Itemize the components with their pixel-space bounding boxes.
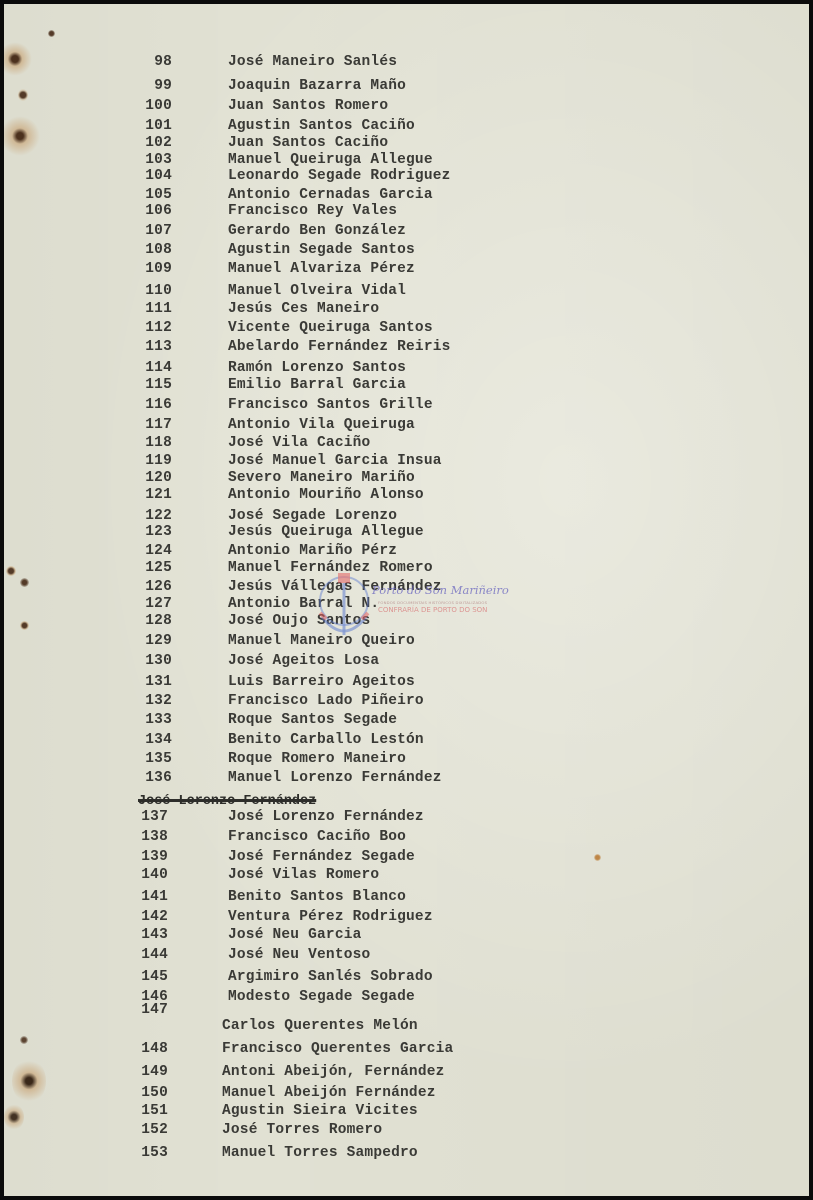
watermark-subtitle: FONDOS DOCUMENTAIS HISTÓRICOS DIXITALIZA… bbox=[378, 600, 487, 605]
entry-number: 111 bbox=[132, 300, 172, 318]
entry-name: José Neu Ventoso bbox=[228, 946, 370, 964]
entry-number: 98 bbox=[132, 53, 172, 71]
entry-name: Manuel Fernández Romero bbox=[228, 559, 433, 577]
rust-stain bbox=[20, 621, 29, 630]
entry-number: 115 bbox=[132, 376, 172, 394]
entry-name: Carlos Querentes Melón bbox=[222, 1017, 418, 1035]
entry-name: Benito Carballo Lestón bbox=[228, 731, 424, 749]
entry-number: 109 bbox=[132, 260, 172, 278]
entry-name: Ramón Lorenzo Santos bbox=[228, 359, 406, 377]
entry-number: 106 bbox=[132, 202, 172, 220]
entry-name: Joaquin Bazarra Maño bbox=[228, 77, 406, 95]
entry-name: Agustin Sieira Vicites bbox=[222, 1102, 418, 1120]
entry-number: 150 bbox=[128, 1084, 168, 1102]
entry-number: 125 bbox=[132, 559, 172, 577]
rust-stain bbox=[12, 1058, 46, 1104]
entry-name: Antonio Mouriño Alonso bbox=[228, 486, 424, 504]
entry-number: 131 bbox=[132, 673, 172, 691]
entry-number: 120 bbox=[132, 469, 172, 487]
entry-name: Francisco Querentes Garcia bbox=[222, 1040, 453, 1058]
entry-number: 153 bbox=[128, 1144, 168, 1162]
entry-number: 129 bbox=[132, 632, 172, 650]
entry-number: 124 bbox=[132, 542, 172, 560]
entry-number: 138 bbox=[128, 828, 168, 846]
entry-number: 99 bbox=[132, 77, 172, 95]
rust-stain bbox=[48, 30, 55, 37]
entry-number: 130 bbox=[132, 652, 172, 670]
entry-name: Manuel Abeijón Fernández bbox=[222, 1084, 436, 1102]
entry-name: Gerardo Ben González bbox=[228, 222, 406, 240]
entry-number: 108 bbox=[132, 241, 172, 259]
entry-number: 112 bbox=[132, 319, 172, 337]
rust-stain bbox=[18, 89, 28, 101]
entry-name: Francisco Rey Vales bbox=[228, 202, 397, 220]
entry-name: José Vilas Romero bbox=[228, 866, 379, 884]
entry-name: Emilio Barral Garcia bbox=[228, 376, 406, 394]
entry-name: José Neu Garcia bbox=[228, 926, 362, 944]
entry-name: Severo Maneiro Mariño bbox=[228, 469, 415, 487]
entry-number: 107 bbox=[132, 222, 172, 240]
document-page: 98José Maneiro Sanlés99Joaquin Bazarra M… bbox=[4, 4, 809, 1196]
entry-number: 139 bbox=[128, 848, 168, 866]
entry-number: 134 bbox=[132, 731, 172, 749]
entry-name: Leonardo Segade Rodriguez bbox=[228, 167, 451, 185]
entry-name: Antonio Vila Queiruga bbox=[228, 416, 415, 434]
entry-number: 143 bbox=[128, 926, 168, 944]
entry-name: José Manuel Garcia Insua bbox=[228, 452, 442, 470]
entry-name: Manuel Lorenzo Fernández bbox=[228, 769, 442, 787]
entry-name: Benito Santos Blanco bbox=[228, 888, 406, 906]
entry-number: 149 bbox=[128, 1063, 168, 1081]
rust-stain bbox=[4, 42, 32, 76]
entry-name: Luis Barreiro Ageitos bbox=[228, 673, 415, 691]
entry-name: Juan Santos Caciño bbox=[228, 134, 388, 152]
entry-name: Ventura Pérez Rodriguez bbox=[228, 908, 433, 926]
entry-name: Manuel Olveira Vidal bbox=[228, 282, 406, 300]
entry-number: 104 bbox=[132, 167, 172, 185]
entry-name: Agustin Segade Santos bbox=[228, 241, 415, 259]
entry-number: 118 bbox=[132, 434, 172, 452]
entry-number: 101 bbox=[132, 117, 172, 135]
entry-name: Manuel Torres Sampedro bbox=[222, 1144, 418, 1162]
entry-name: Jesús Vállegas Fernández bbox=[228, 578, 442, 596]
entry-name: José Vila Caciño bbox=[228, 434, 370, 452]
entry-name: José Oujo Santos bbox=[228, 612, 370, 630]
entry-number: 142 bbox=[128, 908, 168, 926]
entry-number: 123 bbox=[132, 523, 172, 541]
entry-number: 117 bbox=[132, 416, 172, 434]
entry-name: Vicente Queiruga Santos bbox=[228, 319, 433, 337]
entry-number: 151 bbox=[128, 1102, 168, 1120]
entry-number: 147 bbox=[128, 1001, 168, 1019]
entry-number: 128 bbox=[132, 612, 172, 630]
entry-name: Manuel Alvariza Pérez bbox=[228, 260, 415, 278]
entry-number: 141 bbox=[128, 888, 168, 906]
watermark-organization: CONFRARÍA DE PORTO DO SON bbox=[378, 606, 487, 614]
entry-name: Juan Santos Romero bbox=[228, 97, 388, 115]
entry-number: 126 bbox=[132, 578, 172, 596]
rust-stain bbox=[4, 116, 40, 156]
entry-name: Agustin Santos Caciño bbox=[228, 117, 415, 135]
entry-name: Abelardo Fernández Reiris bbox=[228, 338, 451, 356]
entry-name: José Fernández Segade bbox=[228, 848, 415, 866]
struck-out-line: José-Lorenzo-Fernández bbox=[138, 793, 316, 811]
entry-number: 133 bbox=[132, 711, 172, 729]
entry-number: 110 bbox=[132, 282, 172, 300]
entry-name: Jesús Ces Maneiro bbox=[228, 300, 379, 318]
entry-name: Francisco Caciño Boo bbox=[228, 828, 406, 846]
entry-name: Manuel Maneiro Queiro bbox=[228, 632, 415, 650]
entry-number: 140 bbox=[128, 866, 168, 884]
entry-number: 102 bbox=[132, 134, 172, 152]
entry-number: 121 bbox=[132, 486, 172, 504]
rust-stain bbox=[6, 566, 16, 576]
rust-stain bbox=[4, 1104, 24, 1130]
entry-name: Francisco Santos Grille bbox=[228, 396, 433, 414]
entry-name: Antoni Abeijón, Fernández bbox=[222, 1063, 445, 1081]
entry-name: Jesús Queiruga Allegue bbox=[228, 523, 424, 541]
entry-number: 113 bbox=[132, 338, 172, 356]
entry-number: 100 bbox=[132, 97, 172, 115]
entry-number: 127 bbox=[132, 595, 172, 613]
ink-spot bbox=[594, 854, 601, 861]
entry-number: 116 bbox=[132, 396, 172, 414]
entry-name: Argimiro Sanlés Sobrado bbox=[228, 968, 433, 986]
entry-number: 152 bbox=[128, 1121, 168, 1139]
entry-number: 136 bbox=[132, 769, 172, 787]
entry-name: Antonio Mariño Pérz bbox=[228, 542, 397, 560]
rust-stain bbox=[20, 1036, 28, 1044]
entry-name: Francisco Lado Piñeiro bbox=[228, 692, 424, 710]
entry-number: 132 bbox=[132, 692, 172, 710]
entry-number: 145 bbox=[128, 968, 168, 986]
entry-number: 144 bbox=[128, 946, 168, 964]
rust-stain bbox=[20, 578, 29, 587]
entry-name: José Ageitos Losa bbox=[228, 652, 379, 670]
entry-name: José Maneiro Sanlés bbox=[228, 53, 397, 71]
entry-name: Roque Santos Segade bbox=[228, 711, 397, 729]
entry-name: Roque Romero Maneiro bbox=[228, 750, 406, 768]
entry-number: 135 bbox=[132, 750, 172, 768]
entry-number: 114 bbox=[132, 359, 172, 377]
entry-name: José Torres Romero bbox=[222, 1121, 382, 1139]
entry-number: 148 bbox=[128, 1040, 168, 1058]
entry-number: 119 bbox=[132, 452, 172, 470]
entry-name: Antonio Barral N. bbox=[228, 595, 379, 613]
entry-name: Modesto Segade Segade bbox=[228, 988, 415, 1006]
